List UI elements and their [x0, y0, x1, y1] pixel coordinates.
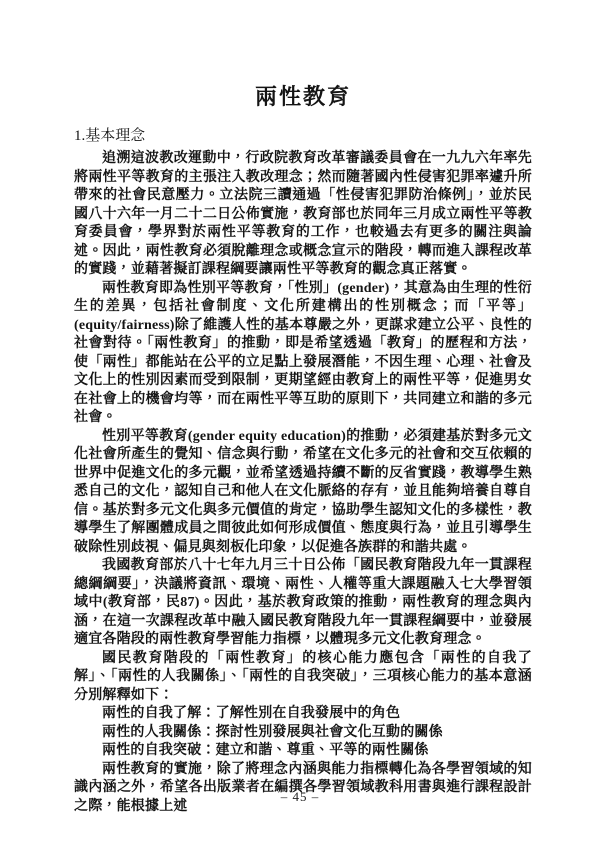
- paragraph-2: 兩性教育即為性別平等教育，「性別」(gender)，其意為由生理的性衍生的差異，…: [74, 280, 532, 428]
- text-block: 兩性教育 1.基本理念 追溯這波教改運動中，行政院教育改革審議委員會在一九九六年…: [74, 84, 532, 816]
- document-page: 兩性教育 1.基本理念 追溯這波教改運動中，行政院教育改革審議委員會在一九九六年…: [0, 0, 600, 850]
- page-number: – 45 –: [0, 789, 600, 805]
- page-title: 兩性教育: [74, 84, 532, 110]
- core-ability-item-3: 兩性的自我突破：建立和諧、尊重、平等的兩性關係: [74, 742, 532, 761]
- paragraph-4: 我國教育部於八十七年九月三十日公佈「國民教育階段九年一貫課程總綱綱要」，決議將資…: [74, 557, 532, 650]
- section-heading: 1.基本理念: [74, 126, 532, 146]
- paragraph-1: 追溯這波教改運動中，行政院教育改革審議委員會在一九九六年率先將兩性平等教育的主張…: [74, 150, 532, 280]
- core-ability-item-2: 兩性的人我關係：探討性別發展與社會文化互動的關係: [74, 724, 532, 743]
- core-ability-item-1: 兩性的自我了解：了解性別在自我發展中的角色: [74, 705, 532, 724]
- paragraph-5: 國民教育階段的「兩性教育」的核心能力應包含「兩性的自我了解」、「兩性的人我關係」…: [74, 650, 532, 706]
- paragraph-3: 性別平等教育(gender equity education)的推動，必須建基於…: [74, 428, 532, 558]
